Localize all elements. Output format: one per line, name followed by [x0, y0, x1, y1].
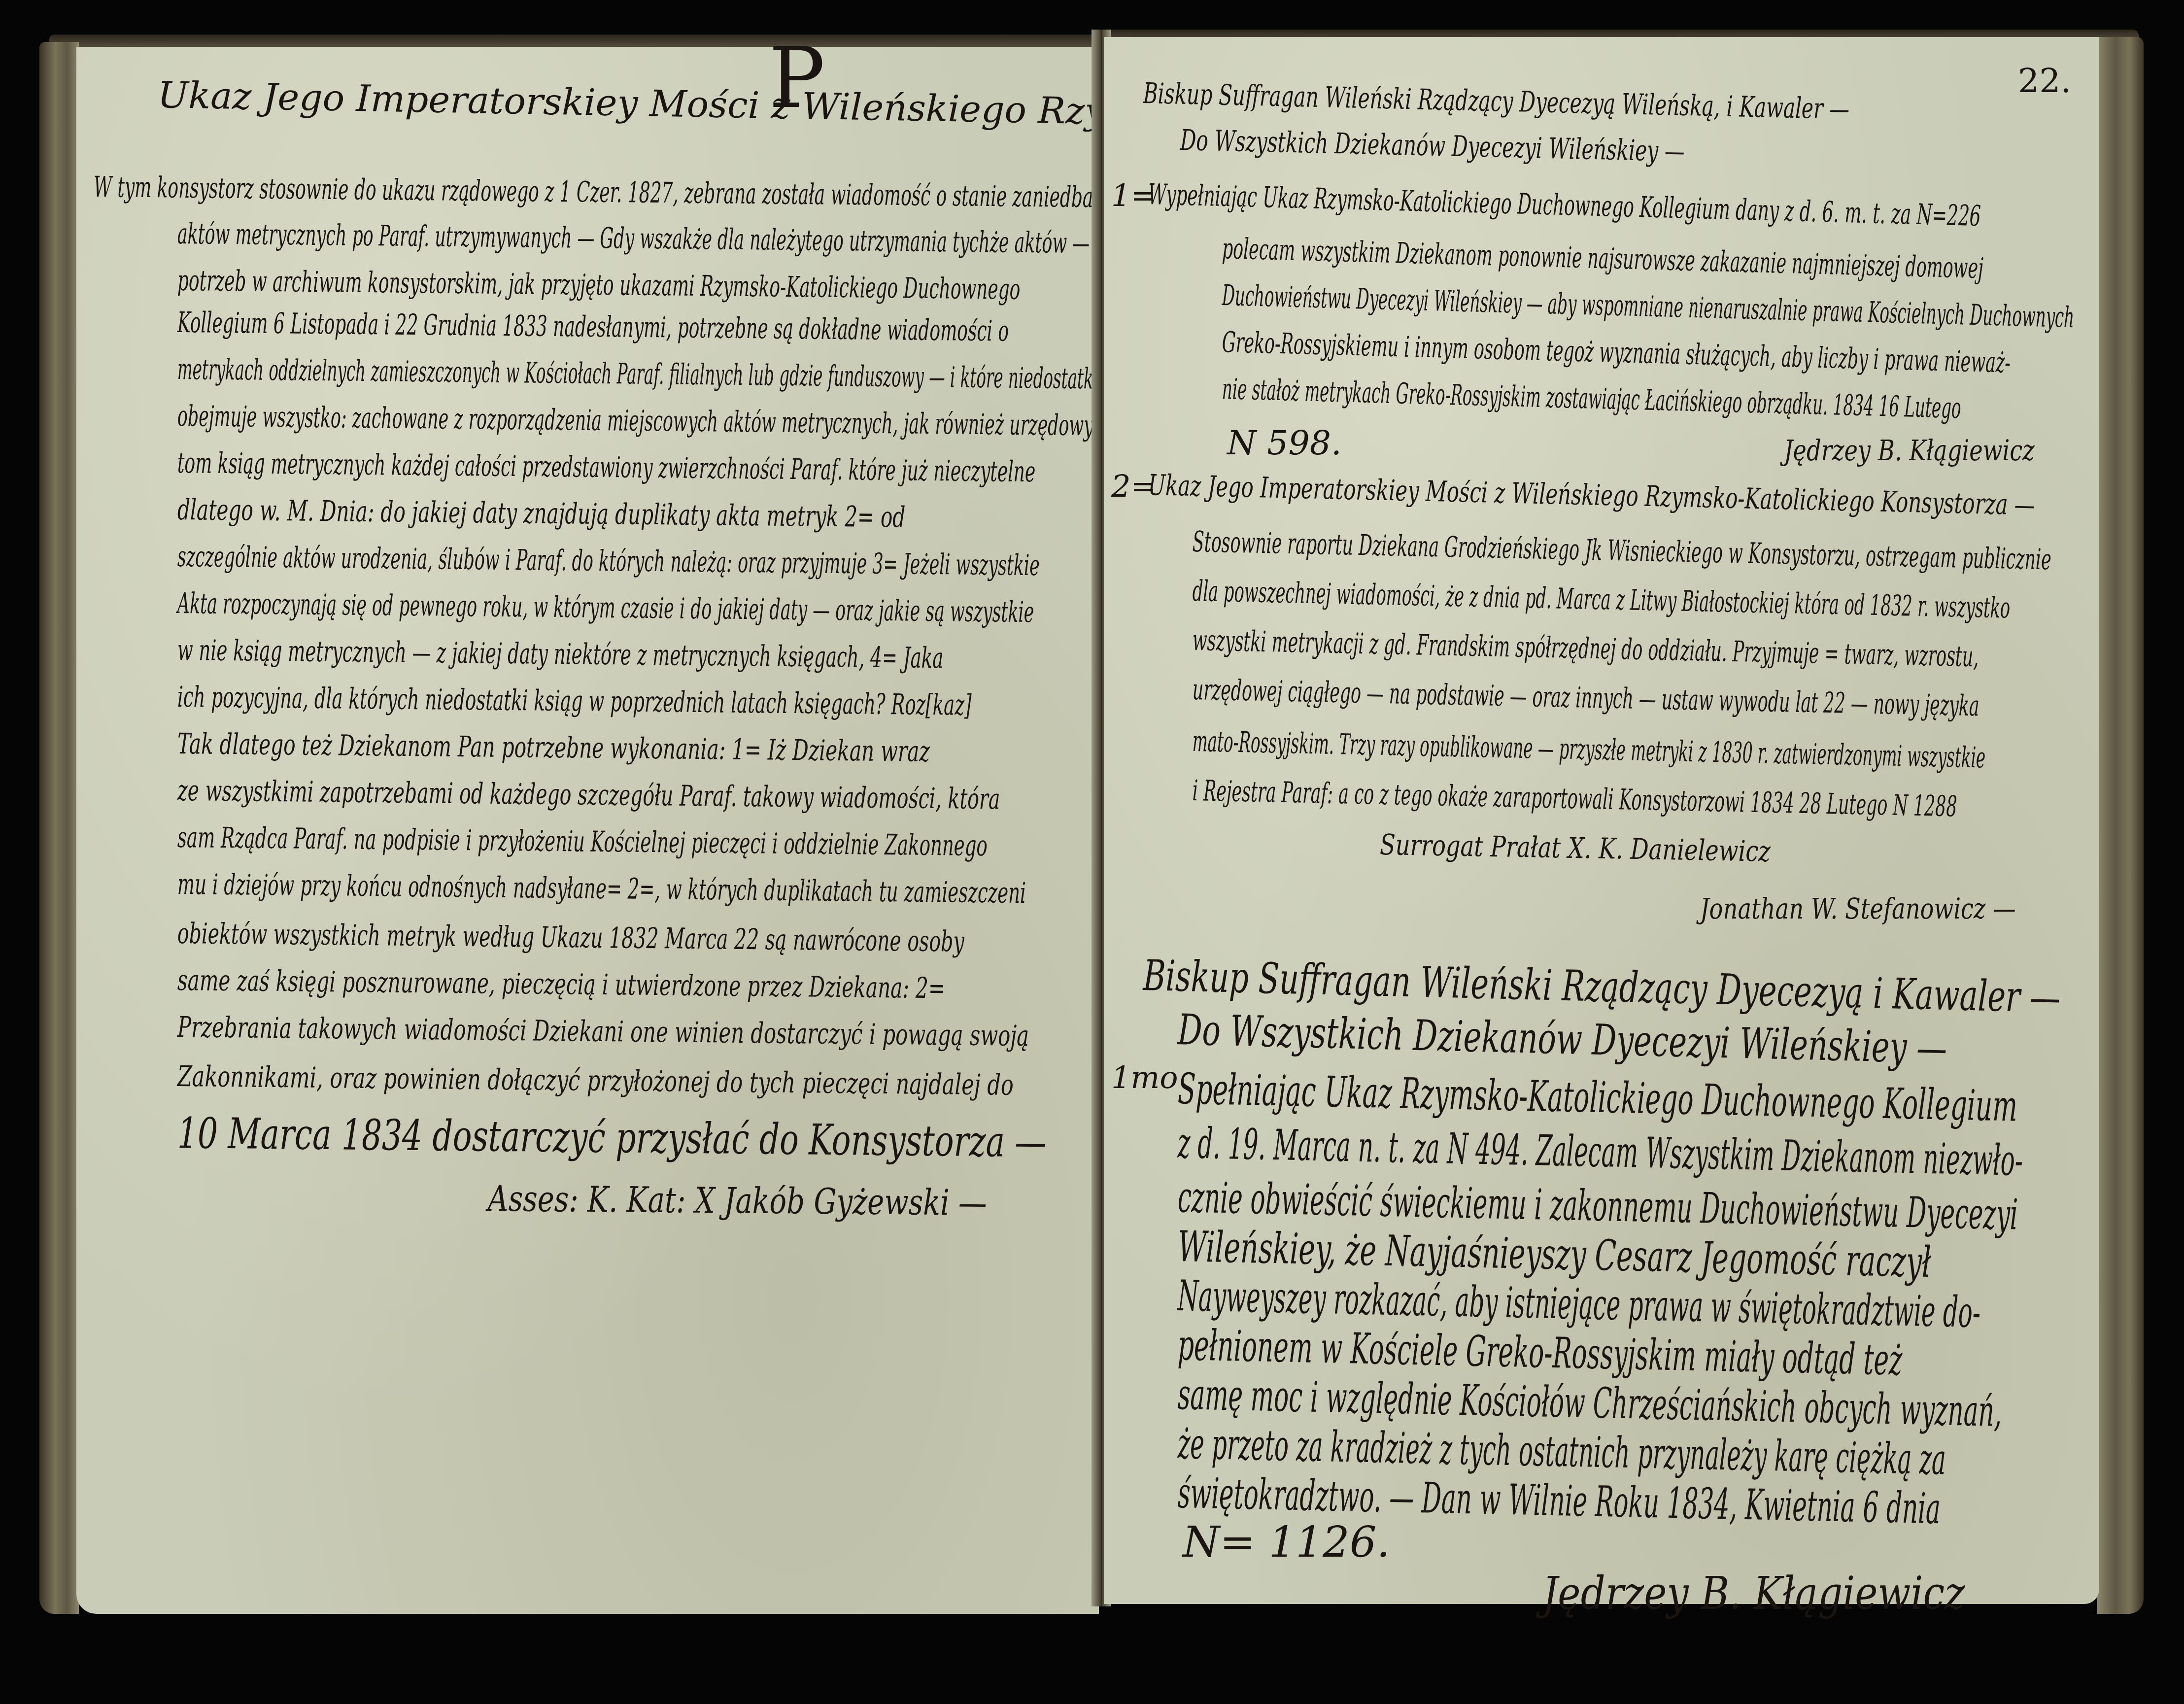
- left-signature: Asses: K. Kat: X Jakób Gyżewski —: [488, 1178, 987, 1224]
- section-2-signature: Jonathan W. Stefanowicz —: [1700, 892, 2016, 925]
- page-number: 22.: [2018, 62, 2071, 101]
- left-line: 10 Marca 1834 dostarczyć przysłać do Kon…: [177, 1109, 1047, 1167]
- section-1-signature: Jędrzey B. Kłągiewicz: [1784, 434, 2035, 467]
- section-3-number: N= 1126.: [1183, 1518, 1390, 1567]
- section-1-number: N 598.: [1227, 424, 1342, 463]
- section-3-marker: 1mo: [1111, 1059, 1178, 1095]
- page-stack-right: [2097, 37, 2144, 1614]
- page-stack-left: [39, 42, 79, 1614]
- section-3-signature: Jędrzey B. Kłągiewicz: [1542, 1567, 1965, 1620]
- open-book: P Ukaz Jego Imperatorskiey Mości z Wileń…: [0, 0, 2184, 1704]
- section-2-signature-line: Surrogat Prałat X. K. Danielewicz: [1379, 828, 1771, 868]
